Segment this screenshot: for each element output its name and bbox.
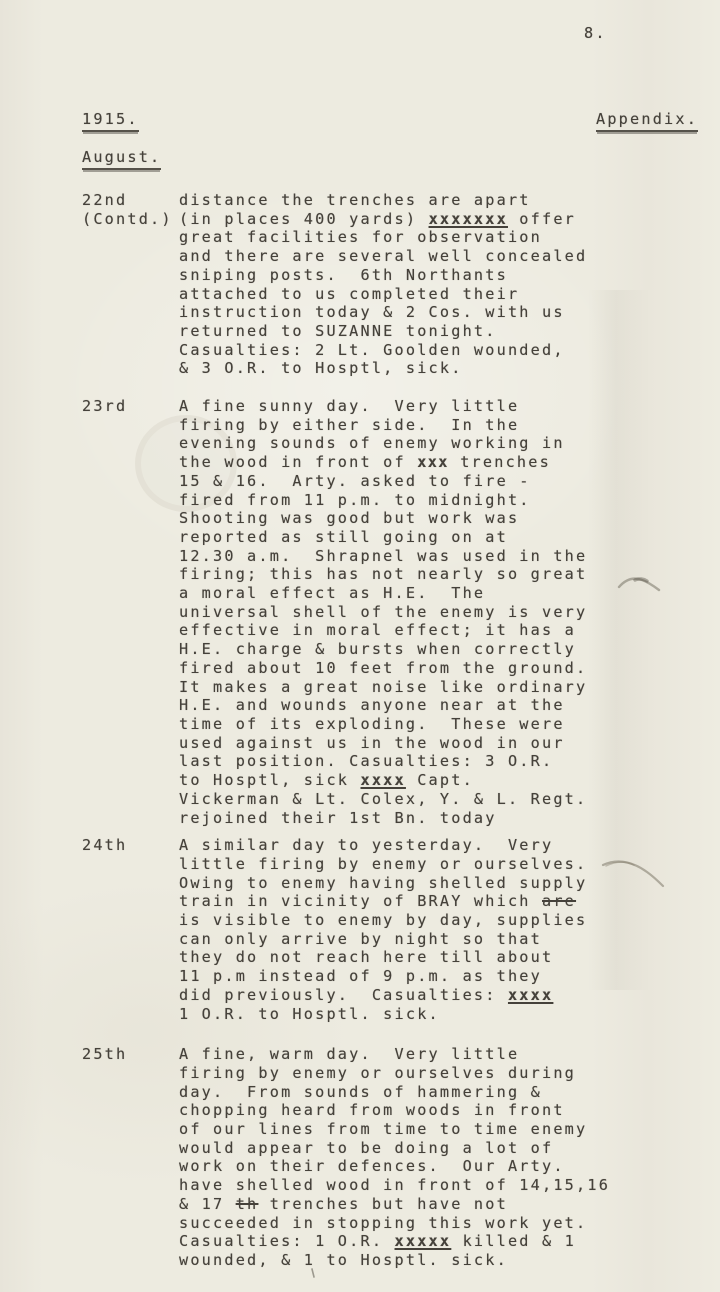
entry-body: A similar day to yesterday. Verylittle f… — [179, 836, 587, 1023]
entries: 22nd(Contd.)distance the trenches are ap… — [82, 191, 642, 1270]
entry-line: A fine, warm day. Very little — [179, 1045, 610, 1064]
entry-date-label: 22nd(Contd.) — [82, 191, 179, 228]
entry-line: work on their defences. Our Arty. — [179, 1157, 610, 1176]
entry-line: A similar day to yesterday. Very — [179, 836, 587, 855]
entry-line: (in places 400 yards) xxxxxxx offer — [179, 210, 587, 229]
entry-date-line: (Contd.) — [82, 210, 179, 229]
month-heading: August. — [82, 148, 161, 170]
entry-line: 12.30 a.m. Shrapnel was used in the — [179, 547, 587, 566]
entry-line: did previously. Casualties: xxxx — [179, 986, 587, 1005]
entry-line: H.E. charge & bursts when correctly — [179, 640, 587, 659]
entry-line: It makes a great noise like ordinary — [179, 678, 587, 697]
entry-line: succeeded in stopping this work yet. — [179, 1214, 610, 1233]
entry-line: Owing to enemy having shelled supply — [179, 874, 587, 893]
entry-line: H.E. and wounds anyone near at the — [179, 696, 587, 715]
entry-line: Casualties: 1 O.R. xxxxx killed & 1 — [179, 1232, 610, 1251]
diary-entry: 24thA similar day to yesterday. Verylitt… — [82, 836, 642, 1023]
entry-date-line: 22nd — [82, 191, 179, 210]
entry-line: and there are several well concealed — [179, 247, 587, 266]
entry-line: little firing by enemy or ourselves. — [179, 855, 587, 874]
struck-word: th — [236, 1195, 259, 1213]
entry-line: firing by enemy or ourselves during — [179, 1064, 610, 1083]
entry-line: Shooting was good but work was — [179, 509, 587, 528]
entry-line: used against us in the wood in our — [179, 734, 587, 753]
entry-line: great facilities for observation — [179, 228, 587, 247]
entry-line: effective in moral effect; it has a — [179, 621, 587, 640]
entry-line: attached to us completed their — [179, 285, 587, 304]
entry-line: chopping heard from woods in front — [179, 1101, 610, 1120]
entry-line: fired about 10 feet from the ground. — [179, 659, 587, 678]
entry-line: train in vicinity of BRAY which are — [179, 892, 587, 911]
page-number: 8. — [584, 24, 607, 43]
entry-line: time of its exploding. These were — [179, 715, 587, 734]
entry-line: sniping posts. 6th Northants — [179, 266, 587, 285]
entry-line: can only arrive by night so that — [179, 930, 587, 949]
appendix-heading-text: Appendix. — [596, 110, 698, 132]
entry-body: distance the trenches are apart(in place… — [179, 191, 587, 378]
typed-over-word: xxxxxxx — [429, 210, 508, 228]
entry-line: 15 & 16. Arty. asked to fire - — [179, 472, 587, 491]
entry-line: returned to SUZANNE tonight. — [179, 322, 587, 341]
entry-line: & 17 th trenches but have not — [179, 1195, 610, 1214]
entry-line: of our lines from time to time enemy — [179, 1120, 610, 1139]
entry-line: a moral effect as H.E. The — [179, 584, 587, 603]
entry-line: & 3 O.R. to Hosptl, sick. — [179, 359, 587, 378]
entry-date-line: 25th — [82, 1045, 179, 1064]
entry-line: is visible to enemy by day, supplies — [179, 911, 587, 930]
entry-line: day. From sounds of hammering & — [179, 1083, 610, 1102]
typed-over-word: xxxx — [508, 986, 553, 1004]
entry-line: Casualties: 2 Lt. Goolden wounded, — [179, 341, 587, 360]
year-heading: 1915. — [82, 110, 139, 132]
diary-entry: 23rdA fine sunny day. Very littlefiring … — [82, 397, 642, 827]
entry-line: have shelled wood in front of 14,15,16 — [179, 1176, 610, 1195]
typed-over-word: xxxx — [361, 771, 406, 789]
entry-line: the wood in front of xxx trenches — [179, 453, 587, 472]
entry-line: firing; this has not nearly so great — [179, 565, 587, 584]
entry-body: A fine, warm day. Very littlefiring by e… — [179, 1045, 610, 1269]
entry-date-line: 23rd — [82, 397, 179, 416]
month-heading-text: August. — [82, 148, 161, 170]
entry-line: fired from 11 p.m. to midnight. — [179, 491, 587, 510]
entry-date-label: 24th — [82, 836, 179, 855]
entry-line: A fine sunny day. Very little — [179, 397, 587, 416]
diary-entry: 22nd(Contd.)distance the trenches are ap… — [82, 191, 642, 378]
entry-line: Vickerman & Lt. Colex, Y. & L. Regt. — [179, 790, 587, 809]
typed-over-word: xxxxx — [395, 1232, 452, 1250]
entry-line: evening sounds of enemy working in — [179, 434, 587, 453]
entry-line: last position. Casualties: 3 O.R. — [179, 752, 587, 771]
year-heading-text: 1915. — [82, 110, 139, 132]
entry-line: wounded, & 1 to Hosptl. sick. — [179, 1251, 610, 1270]
diary-entry: 25thA fine, warm day. Very littlefiring … — [82, 1045, 642, 1269]
entry-line: they do not reach here till about — [179, 948, 587, 967]
scanned-diary-page: { "page": { "number": "8.", "year_headin… — [0, 0, 720, 1292]
entry-line: 11 p.m instead of 9 p.m. as they — [179, 967, 587, 986]
entry-line: universal shell of the enemy is very — [179, 603, 587, 622]
entry-body: A fine sunny day. Very littlefiring by e… — [179, 397, 587, 827]
entry-line: instruction today & 2 Cos. with us — [179, 303, 587, 322]
entry-date-label: 25th — [82, 1045, 179, 1064]
entry-line: to Hosptl, sick xxxx Capt. — [179, 771, 587, 790]
entry-line: reported as still going on at — [179, 528, 587, 547]
entry-date-line: 24th — [82, 836, 179, 855]
entry-line: would appear to be doing a lot of — [179, 1139, 610, 1158]
entry-line: rejoined their 1st Bn. today — [179, 809, 587, 828]
entry-line: 1 O.R. to Hosptl. sick. — [179, 1005, 587, 1024]
entry-date-label: 23rd — [82, 397, 179, 416]
struck-word: are — [542, 892, 576, 910]
entry-line: firing by either side. In the — [179, 416, 587, 435]
entry-line: distance the trenches are apart — [179, 191, 587, 210]
overstruck-word: xxx — [417, 453, 449, 471]
appendix-heading: Appendix. — [596, 110, 698, 132]
small-ink-tick-icon — [309, 1268, 317, 1280]
